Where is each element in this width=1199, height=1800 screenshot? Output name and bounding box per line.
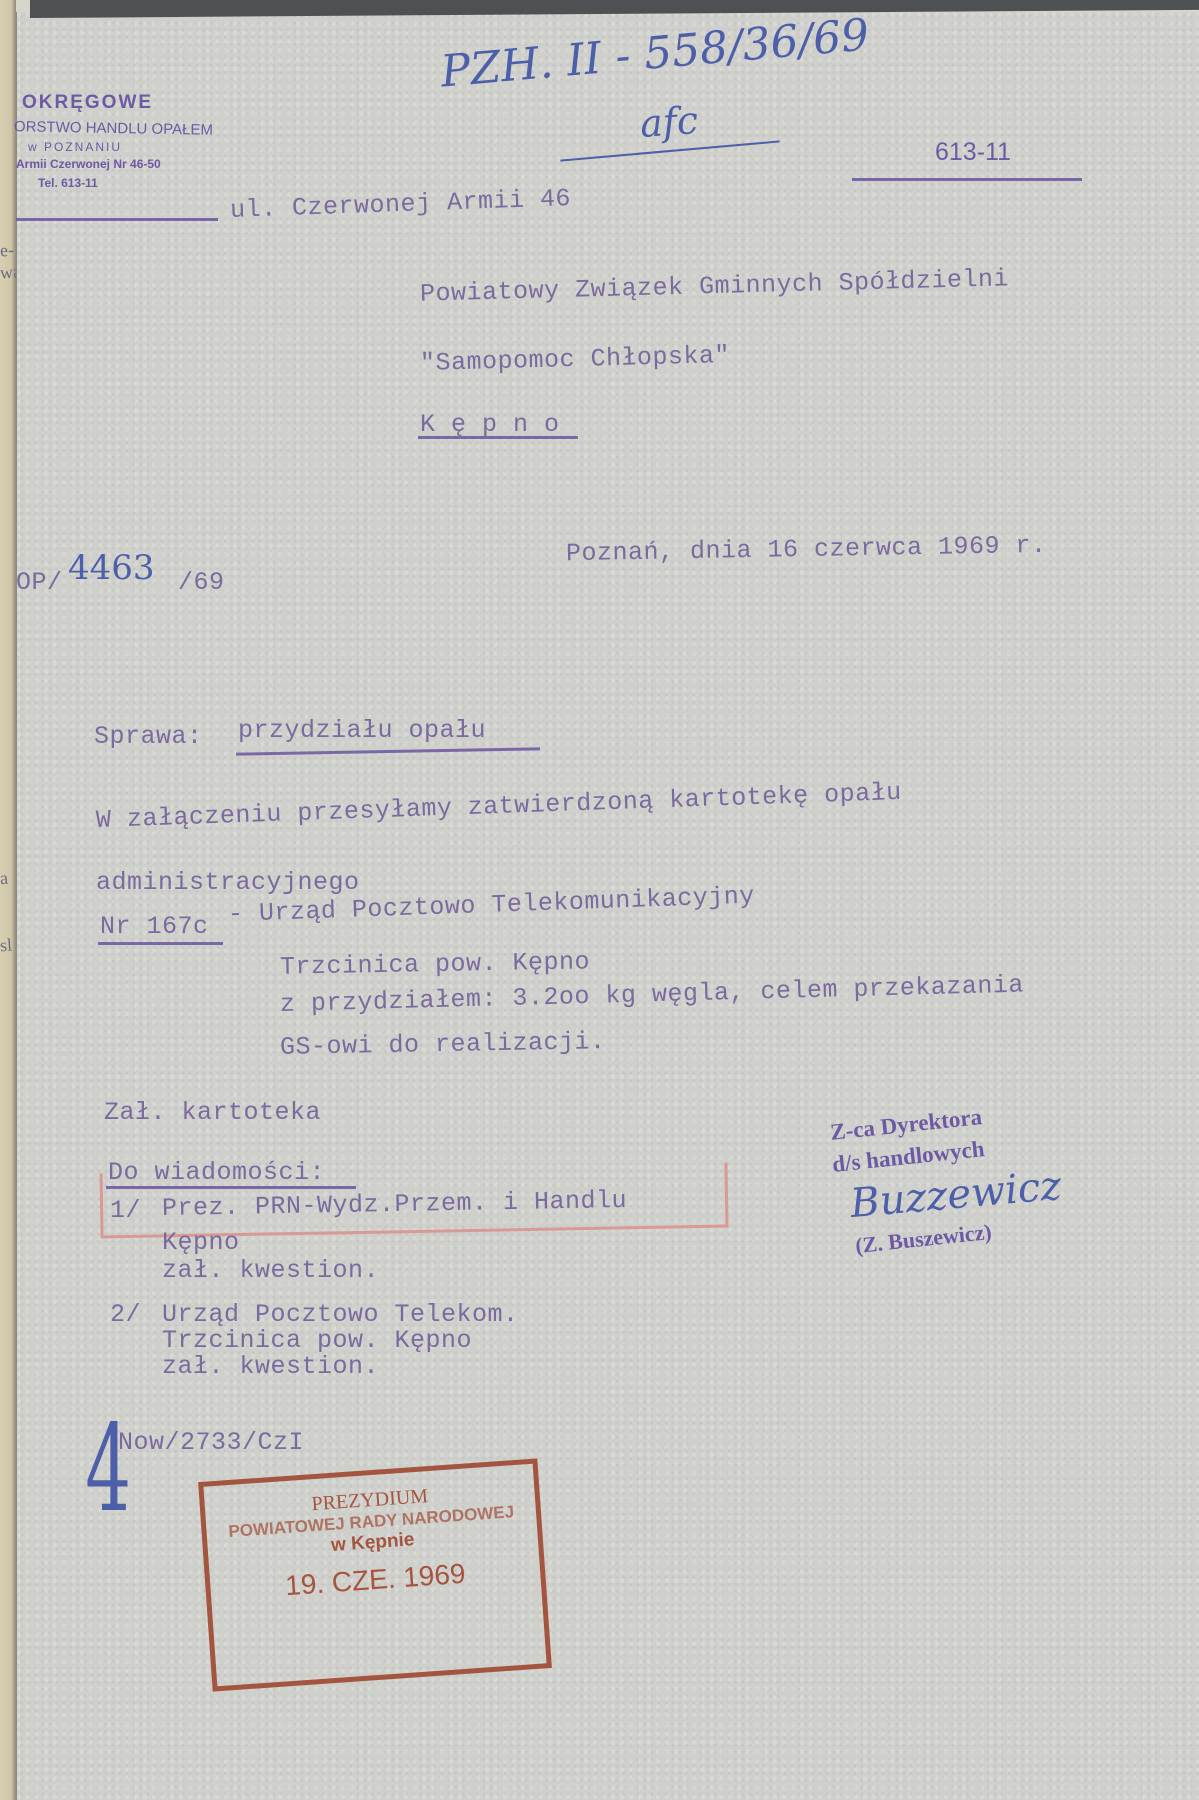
stamp-line: ORSTWO HANDLU OPAŁEM: [14, 118, 213, 138]
subject-value: przydziału opału: [238, 716, 486, 745]
cc-item-line: zał. kwestion.: [162, 1256, 379, 1285]
cc-item-line: Trzcinica pow. Kępno: [162, 1326, 472, 1355]
binding-fragment: a: [0, 868, 9, 890]
ref-prefix: OP/: [16, 568, 63, 597]
body-line: GS-owi do realizacji.: [280, 1027, 606, 1062]
file-mark: Now/2733/CzI: [118, 1428, 304, 1457]
cc-item-line: Urząd Pocztowo Telekom.: [162, 1300, 519, 1329]
nr-underline: [98, 942, 223, 945]
stamp-line: Armii Czerwonej Nr 46-50: [16, 157, 161, 171]
stamp-underline: [16, 218, 218, 221]
stamp-line: Tel. 613-11: [38, 176, 98, 190]
body-line: Trzcinica pow. Kępno: [280, 947, 591, 981]
handwritten-initials: afc: [639, 98, 700, 146]
city-underline: [418, 436, 578, 439]
handwritten-margin-mark: 4: [85, 1400, 131, 1539]
subject-label: Sprawa:: [94, 722, 203, 751]
stamp-line: w POZNANIU: [28, 140, 122, 154]
stamp-line: OKRĘGOWE: [22, 92, 153, 114]
binding-fragment: e-: [0, 240, 15, 262]
received-stamp: PREZYDIUM POWIATOWEJ RADY NARODOWEJ w Kę…: [198, 1458, 552, 1691]
phone-stamp: 613-11: [935, 138, 1011, 167]
body-nr: Nr 167c: [100, 912, 209, 941]
cc-item-line: zał. kwestion.: [162, 1352, 379, 1381]
handwritten-case-number: 4463: [68, 548, 155, 588]
phone-underline: [852, 178, 1082, 181]
cc-item-number: 2/: [110, 1300, 141, 1329]
cc-item-line: Kępno: [162, 1228, 240, 1257]
binding-fragment: sl: [0, 935, 13, 957]
body-line: administracyjnego: [96, 868, 360, 897]
enclosure: Zał. kartoteka: [104, 1098, 321, 1127]
recipient-city: K ę p n o: [420, 410, 560, 439]
ref-suffix: /69: [178, 568, 225, 597]
cc-item-number: 1/: [110, 1196, 141, 1225]
binding-strip: e- wa a sl: [0, 0, 16, 1800]
